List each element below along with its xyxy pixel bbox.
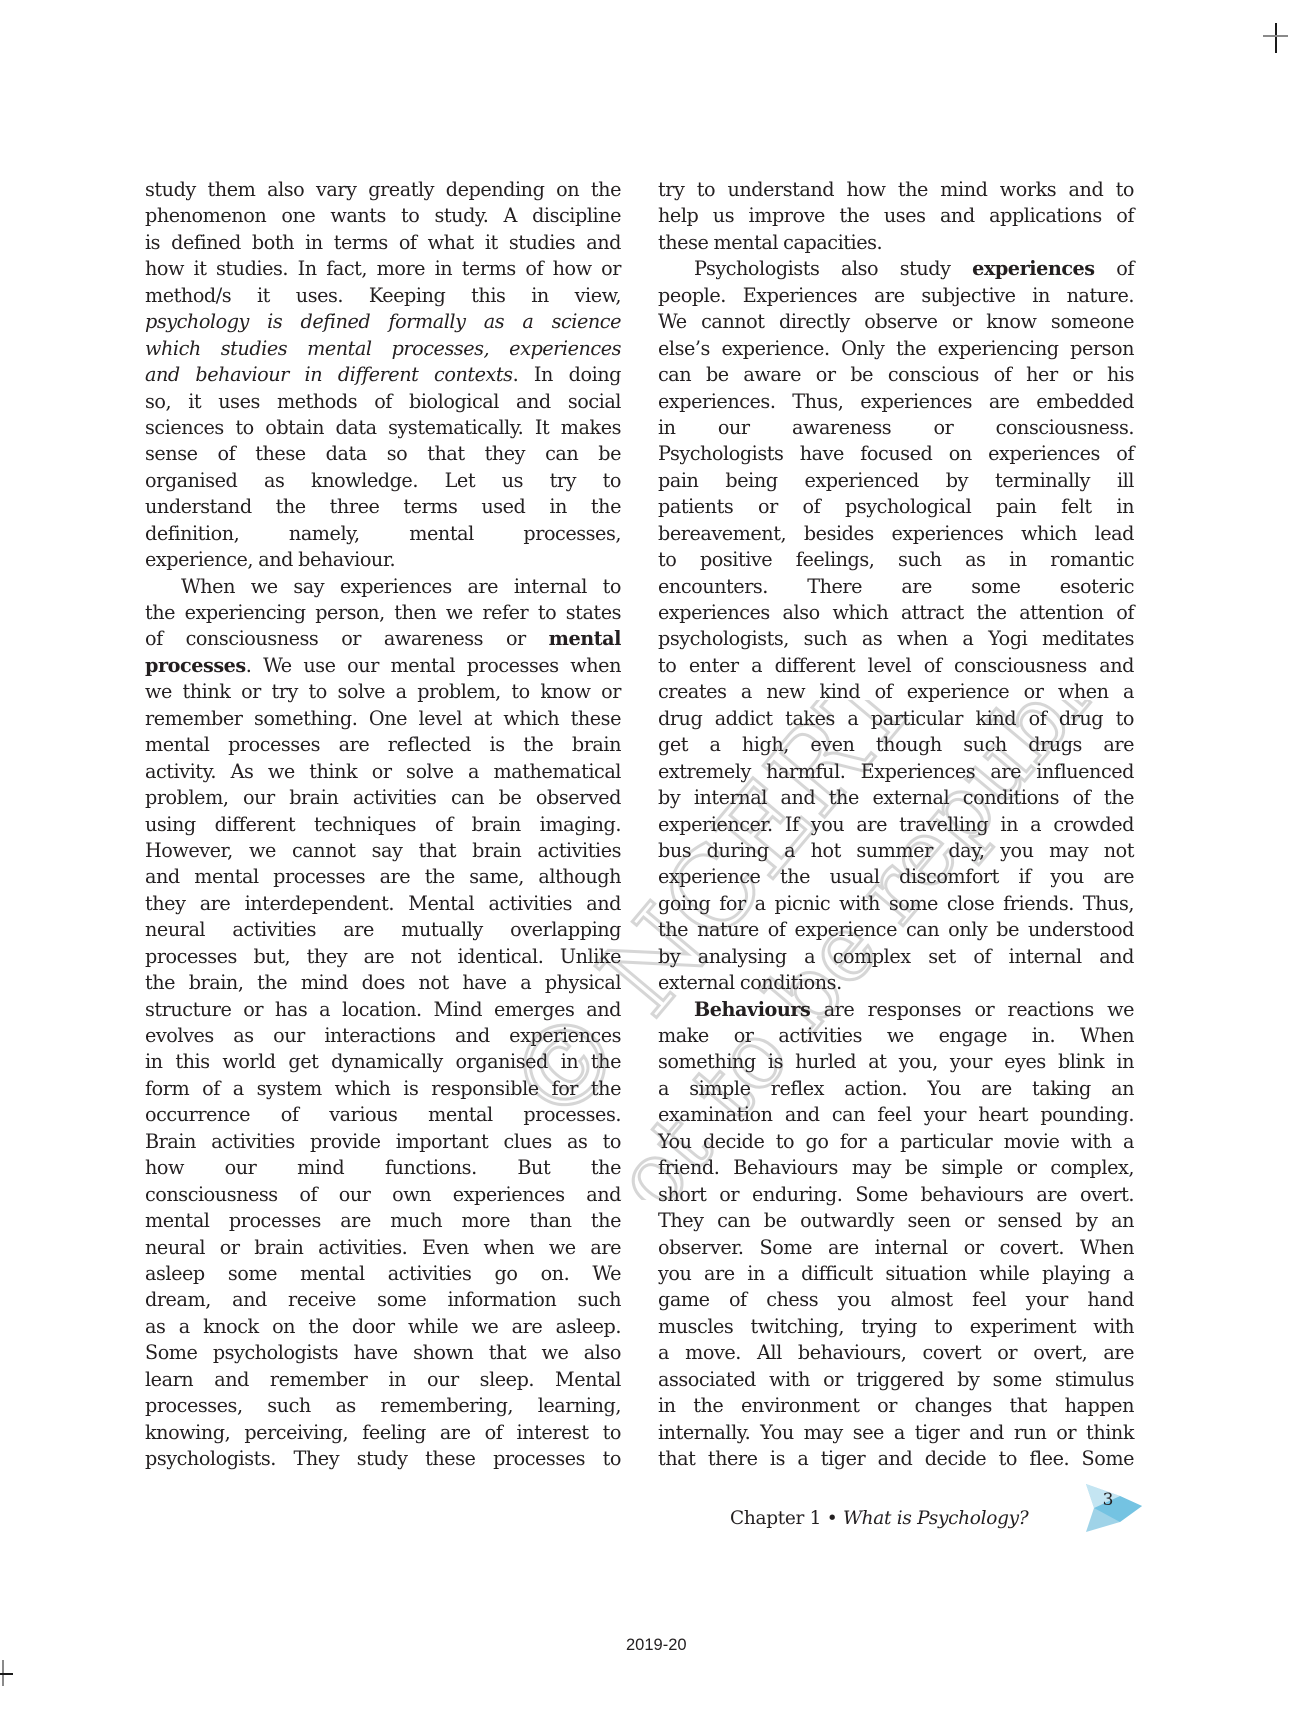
- line-text: external conditions.: [658, 971, 842, 994]
- key-term: processes: [145, 654, 246, 677]
- line-text: neural or brain activities. Even when we…: [145, 1236, 621, 1259]
- text-line: understand the three terms used in the: [145, 494, 621, 520]
- line-text: make or activities we engage in. When: [658, 1024, 1134, 1047]
- text-line: and mental processes are the same, altho…: [145, 864, 621, 890]
- text-line: and behaviour in different contexts. In …: [145, 362, 621, 388]
- text-line: sense of these data so that they can be: [145, 441, 621, 467]
- text-line: bereavement, besides experiences which l…: [658, 521, 1134, 547]
- line-text: learn and remember in our sleep. Mental: [145, 1368, 621, 1391]
- text-line: in our awareness or consciousness.: [658, 415, 1134, 441]
- line-text: can be aware or be conscious of her or h…: [658, 363, 1134, 386]
- line-text: sciences to obtain data systematically. …: [145, 416, 621, 439]
- text-line: pain being experienced by terminally ill: [658, 468, 1134, 494]
- line-text: which studies mental processes, experien…: [145, 337, 621, 360]
- text-line: so, it uses methods of biological and so…: [145, 389, 621, 415]
- text-line: short or enduring. Some behaviours are o…: [658, 1182, 1134, 1208]
- text-line: to positive feelings, such as in romanti…: [658, 547, 1134, 573]
- text-line: When we say experiences are internal to: [145, 574, 621, 600]
- text-line: remember something. One level at which t…: [145, 706, 621, 732]
- line-text: they are interdependent. Mental activiti…: [145, 892, 621, 915]
- text-line: psychologists, such as when a Yogi medit…: [658, 626, 1134, 652]
- text-line: as a knock on the door while we are asle…: [145, 1314, 621, 1340]
- line-text: these mental capacities.: [658, 231, 882, 254]
- line-text: experiencer. If you are travelling in a …: [658, 813, 1134, 836]
- line-text: associated with or triggered by some sti…: [658, 1368, 1134, 1391]
- line-text: in our awareness or consciousness.: [658, 416, 1134, 439]
- text-line: phenomenon one wants to study. A discipl…: [145, 203, 621, 229]
- line-text: a move. All behaviours, covert or overt,…: [658, 1341, 1134, 1364]
- line-text: . In doing: [513, 363, 621, 386]
- text-line: Some psychologists have shown that we al…: [145, 1340, 621, 1366]
- running-footer: Chapter 1 • What is Psychology?: [730, 1508, 1028, 1529]
- text-line: something is hurled at you, your eyes bl…: [658, 1049, 1134, 1075]
- line-text: remember something. One level at which t…: [145, 707, 621, 730]
- text-line: in this world get dynamically organised …: [145, 1049, 621, 1075]
- line-text: study them also vary greatly depending o…: [145, 178, 621, 201]
- line-text: try to understand how the mind works and…: [658, 178, 1134, 201]
- text-line: processes, such as remembering, learning…: [145, 1393, 621, 1419]
- line-text: to positive feelings, such as in romanti…: [658, 548, 1134, 571]
- line-text: something is hurled at you, your eyes bl…: [658, 1050, 1134, 1073]
- italic-phrase: and behaviour in different contexts: [145, 363, 513, 386]
- line-text: mental processes are reflected is the br…: [145, 733, 621, 756]
- text-line: a simple reflex action. You are taking a…: [658, 1076, 1134, 1102]
- text-line: form of a system which is responsible fo…: [145, 1076, 621, 1102]
- line-text: how our mind functions. But the: [145, 1156, 621, 1179]
- text-line: mental processes are reflected is the br…: [145, 732, 621, 758]
- line-text: are responses or reactions we: [810, 998, 1134, 1021]
- chapter-title: What is Psychology?: [843, 1508, 1028, 1529]
- key-term: experiences: [972, 257, 1095, 280]
- line-text: internally. You may see a tiger and run …: [658, 1421, 1134, 1444]
- line-text: phenomenon one wants to study. A discipl…: [145, 204, 621, 227]
- line-text: as a knock on the door while we are asle…: [145, 1315, 621, 1338]
- text-line: game of chess you almost feel your hand: [658, 1287, 1134, 1313]
- line-text: observer. Some are internal or covert. W…: [658, 1236, 1134, 1259]
- key-term: Behaviours: [694, 998, 810, 1021]
- line-text: We cannot directly observe or know someo…: [658, 310, 1134, 333]
- line-text: form of a system which is responsible fo…: [145, 1077, 621, 1100]
- line-text: help us improve the uses and application…: [658, 204, 1134, 227]
- line-text: Psychologists also study: [694, 257, 972, 280]
- line-text: of consciousness or awareness or: [145, 627, 549, 650]
- text-line: definition, namely, mental processes,: [145, 521, 621, 547]
- text-line: structure or has a location. Mind emerge…: [145, 997, 621, 1023]
- line-text: definition, namely, mental processes,: [145, 522, 621, 545]
- text-line: processes. We use our mental processes w…: [145, 653, 621, 679]
- line-text: patients or of psychological pain felt i…: [658, 495, 1134, 518]
- line-text: experience, and behaviour.: [145, 548, 395, 571]
- line-text: a simple reflex action. You are taking a…: [658, 1077, 1134, 1100]
- text-line: However, we cannot say that brain activi…: [145, 838, 621, 864]
- text-line: method/s it uses. Keeping this in view,: [145, 283, 621, 309]
- line-text: so, it uses methods of biological and so…: [145, 390, 621, 413]
- text-line: You decide to go for a particular movie …: [658, 1129, 1134, 1155]
- chapter-label: Chapter 1: [730, 1508, 821, 1529]
- text-line: mental processes are much more than the: [145, 1208, 621, 1234]
- text-line: psychology is defined formally as a scie…: [145, 309, 621, 335]
- line-text: Some psychologists have shown that we al…: [145, 1341, 621, 1364]
- text-line: patients or of psychological pain felt i…: [658, 494, 1134, 520]
- line-text: muscles twitching, trying to experiment …: [658, 1315, 1134, 1338]
- text-line: occurrence of various mental processes.: [145, 1102, 621, 1128]
- text-line: evolves as our interactions and experien…: [145, 1023, 621, 1049]
- line-text: else’s experience. Only the experiencing…: [658, 337, 1134, 360]
- line-text: is defined both in terms of what it stud…: [145, 231, 621, 254]
- crop-mark-bottom-left-horizontal: [0, 1673, 13, 1675]
- line-text: psychologists, such as when a Yogi medit…: [658, 627, 1134, 650]
- right-column: try to understand how the mind works and…: [658, 177, 1134, 1472]
- text-line: examination and can feel your heart poun…: [658, 1102, 1134, 1128]
- line-text: friend. Behaviours may be simple or comp…: [658, 1156, 1134, 1179]
- line-text: occurrence of various mental processes.: [145, 1103, 621, 1126]
- text-line: muscles twitching, trying to experiment …: [658, 1314, 1134, 1340]
- line-text: psychologists. They study these processe…: [145, 1447, 621, 1470]
- text-line: Psychologists also study experiences of: [658, 256, 1134, 282]
- line-text: by internal and the external conditions …: [658, 786, 1134, 809]
- text-line: which studies mental processes, experien…: [145, 336, 621, 362]
- text-line: people. Experiences are subjective in na…: [658, 283, 1134, 309]
- text-line: to enter a different level of consciousn…: [658, 653, 1134, 679]
- line-text: game of chess you almost feel your hand: [658, 1288, 1134, 1311]
- line-text: the experiencing person, then we refer t…: [145, 601, 621, 624]
- line-text: get a high, even though such drugs are: [658, 733, 1134, 756]
- text-line: they are interdependent. Mental activiti…: [145, 891, 621, 917]
- line-text: . We use our mental processes when: [246, 654, 621, 677]
- line-text: When we say experiences are internal to: [181, 575, 621, 598]
- key-term: mental: [549, 627, 621, 650]
- line-text: Brain activities provide important clues…: [145, 1130, 621, 1153]
- line-text: creates a new kind of experience or when…: [658, 680, 1134, 703]
- text-line: the experiencing person, then we refer t…: [145, 600, 621, 626]
- text-line: Psychologists have focused on experience…: [658, 441, 1134, 467]
- text-line: associated with or triggered by some sti…: [658, 1367, 1134, 1393]
- line-text: However, we cannot say that brain activi…: [145, 839, 621, 862]
- text-line: psychologists. They study these processe…: [145, 1446, 621, 1472]
- line-text: people. Experiences are subjective in na…: [658, 284, 1134, 307]
- text-line: get a high, even though such drugs are: [658, 732, 1134, 758]
- text-line: neural or brain activities. Even when we…: [145, 1235, 621, 1261]
- line-text: evolves as our interactions and experien…: [145, 1024, 621, 1047]
- left-column: study them also vary greatly depending o…: [145, 177, 621, 1472]
- text-line: learn and remember in our sleep. Mental: [145, 1367, 621, 1393]
- line-text: problem, our brain activities can be obs…: [145, 786, 621, 809]
- text-line: knowing, perceiving, feeling are of inte…: [145, 1420, 621, 1446]
- line-text: using different techniques of brain imag…: [145, 813, 621, 836]
- text-line: we think or try to solve a problem, to k…: [145, 679, 621, 705]
- text-line: is defined both in terms of what it stud…: [145, 230, 621, 256]
- line-text: neural activities are mutually overlappi…: [145, 918, 621, 941]
- line-text: and mental processes are the same, altho…: [145, 865, 621, 888]
- text-line: you are in a difficult situation while p…: [658, 1261, 1134, 1287]
- text-line: experiencer. If you are travelling in a …: [658, 812, 1134, 838]
- text-line: these mental capacities.: [658, 230, 1134, 256]
- line-text: experience the usual discomfort if you a…: [658, 865, 1134, 888]
- line-text: the nature of experience can only be und…: [658, 918, 1134, 941]
- line-text: psychology is defined formally as a scie…: [145, 310, 621, 333]
- text-line: Behaviours are responses or reactions we: [658, 997, 1134, 1023]
- footer-separator: •: [827, 1508, 838, 1529]
- text-line: problem, our brain activities can be obs…: [145, 785, 621, 811]
- text-line: that there is a tiger and decide to flee…: [658, 1446, 1134, 1472]
- text-line: of consciousness or awareness or mental: [145, 626, 621, 652]
- text-line: going for a picnic with some close frien…: [658, 891, 1134, 917]
- line-text: you are in a difficult situation while p…: [658, 1262, 1134, 1285]
- text-line: sciences to obtain data systematically. …: [145, 415, 621, 441]
- text-line: study them also vary greatly depending o…: [145, 177, 621, 203]
- text-line: using different techniques of brain imag…: [145, 812, 621, 838]
- text-line: observer. Some are internal or covert. W…: [658, 1235, 1134, 1261]
- line-text: encounters. There are some esoteric: [658, 575, 1134, 598]
- text-line: internally. You may see a tiger and run …: [658, 1420, 1134, 1446]
- text-line: else’s experience. Only the experiencing…: [658, 336, 1134, 362]
- text-line: by internal and the external conditions …: [658, 785, 1134, 811]
- line-text: sense of these data so that they can be: [145, 442, 621, 465]
- text-line: activity. As we think or solve a mathema…: [145, 759, 621, 785]
- text-line: in the environment or changes that happe…: [658, 1393, 1134, 1419]
- text-line: dream, and receive some information such: [145, 1287, 621, 1313]
- text-line: encounters. There are some esoteric: [658, 574, 1134, 600]
- text-line: They can be outwardly seen or sensed by …: [658, 1208, 1134, 1234]
- line-text: how it studies. In fact, more in terms o…: [145, 257, 621, 280]
- line-text: method/s it uses. Keeping this in view,: [145, 284, 621, 307]
- line-text: in this world get dynamically organised …: [145, 1050, 621, 1073]
- text-line: creates a new kind of experience or when…: [658, 679, 1134, 705]
- line-text: mental processes are much more than the: [145, 1209, 621, 1232]
- line-text: You decide to go for a particular movie …: [658, 1130, 1134, 1153]
- line-text: experiences also which attract the atten…: [658, 601, 1134, 624]
- text-line: the nature of experience can only be und…: [658, 917, 1134, 943]
- line-text: bus during a hot summer day, you may not: [658, 839, 1134, 862]
- text-line: external conditions.: [658, 970, 1134, 996]
- text-line: processes but, they are not identical. U…: [145, 944, 621, 970]
- text-line: asleep some mental activities go on. We: [145, 1261, 621, 1287]
- line-text: examination and can feel your heart poun…: [658, 1103, 1134, 1126]
- text-line: how it studies. In fact, more in terms o…: [145, 256, 621, 282]
- text-line: can be aware or be conscious of her or h…: [658, 362, 1134, 388]
- text-line: how our mind functions. But the: [145, 1155, 621, 1181]
- text-line: neural activities are mutually overlappi…: [145, 917, 621, 943]
- line-text: organised as knowledge. Let us try to: [145, 469, 621, 492]
- line-text: short or enduring. Some behaviours are o…: [658, 1183, 1134, 1206]
- line-text: Psychologists have focused on experience…: [658, 442, 1134, 465]
- text-line: by analysing a complex set of internal a…: [658, 944, 1134, 970]
- page-number: 3: [1098, 1490, 1118, 1510]
- line-text: structure or has a location. Mind emerge…: [145, 998, 621, 1021]
- line-text: in the environment or changes that happe…: [658, 1394, 1134, 1417]
- line-text: knowing, perceiving, feeling are of inte…: [145, 1421, 621, 1444]
- line-text: pain being experienced by terminally ill: [658, 469, 1134, 492]
- text-line: make or activities we engage in. When: [658, 1023, 1134, 1049]
- line-text: that there is a tiger and decide to flee…: [658, 1447, 1134, 1470]
- line-text: extremely harmful. Experiences are influ…: [658, 760, 1134, 783]
- line-text: the brain, the mind does not have a phys…: [145, 971, 621, 994]
- text-line: a move. All behaviours, covert or overt,…: [658, 1340, 1134, 1366]
- text-line: friend. Behaviours may be simple or comp…: [658, 1155, 1134, 1181]
- line-text: They can be outwardly seen or sensed by …: [658, 1209, 1134, 1232]
- line-text: asleep some mental activities go on. We: [145, 1262, 621, 1285]
- text-line: try to understand how the mind works and…: [658, 177, 1134, 203]
- year-marker: 2019-20: [626, 1636, 687, 1655]
- text-line: experiences also which attract the atten…: [658, 600, 1134, 626]
- text-line: drug addict takes a particular kind of d…: [658, 706, 1134, 732]
- text-line: experience the usual discomfort if you a…: [658, 864, 1134, 890]
- line-tail: of: [1095, 257, 1134, 280]
- text-line: the brain, the mind does not have a phys…: [145, 970, 621, 996]
- text-line: extremely harmful. Experiences are influ…: [658, 759, 1134, 785]
- line-text: bereavement, besides experiences which l…: [658, 522, 1134, 545]
- line-text: experiences. Thus, experiences are embed…: [658, 390, 1134, 413]
- text-line: organised as knowledge. Let us try to: [145, 468, 621, 494]
- crop-mark-top-right-horizontal: [1263, 35, 1288, 37]
- text-line: experience, and behaviour.: [145, 547, 621, 573]
- line-text: going for a picnic with some close frien…: [658, 892, 1134, 915]
- text-line: We cannot directly observe or know someo…: [658, 309, 1134, 335]
- crop-mark-top-right-vertical: [1275, 23, 1277, 53]
- line-text: dream, and receive some information such: [145, 1288, 621, 1311]
- line-text: activity. As we think or solve a mathema…: [145, 760, 621, 783]
- line-text: by analysing a complex set of internal a…: [658, 945, 1134, 968]
- text-line: bus during a hot summer day, you may not: [658, 838, 1134, 864]
- line-text: we think or try to solve a problem, to k…: [145, 680, 621, 703]
- line-text: processes, such as remembering, learning…: [145, 1394, 621, 1417]
- text-line: consciousness of our own experiences and: [145, 1182, 621, 1208]
- text-line: Brain activities provide important clues…: [145, 1129, 621, 1155]
- line-text: processes but, they are not identical. U…: [145, 945, 621, 968]
- line-text: understand the three terms used in the: [145, 495, 621, 518]
- line-text: drug addict takes a particular kind of d…: [658, 707, 1134, 730]
- line-text: to enter a different level of consciousn…: [658, 654, 1134, 677]
- text-line: experiences. Thus, experiences are embed…: [658, 389, 1134, 415]
- line-text: consciousness of our own experiences and: [145, 1183, 621, 1206]
- text-line: help us improve the uses and application…: [658, 203, 1134, 229]
